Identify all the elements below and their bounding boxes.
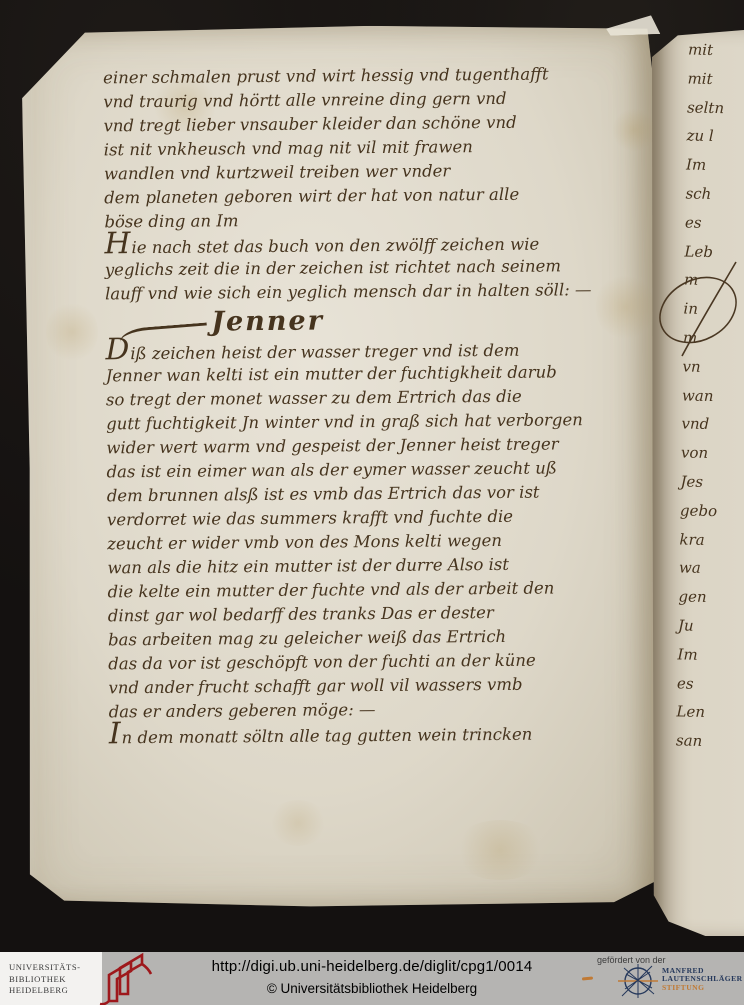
manuscript-heading: Jenner [105,302,650,341]
funding-org-line3: STIFTUNG [662,984,743,992]
facing-page-fragment: Jes [680,467,740,497]
manuscript-line: gutt fuchtigkeit Jn winter vnd in graß s… [106,408,651,437]
facing-page-fragment: zu l [686,122,744,152]
ink-flourish [652,256,744,360]
facing-page-fragment: Im [677,640,737,670]
facing-page-fragment: es [677,669,737,699]
facing-page-fragment: seltn [687,93,744,123]
facing-page-text: mitmitseltnzu lImschesLebminmvnwanvndvon… [676,36,744,757]
facing-page-fragment: kra [679,525,739,555]
facing-page-fragment: mit [688,36,744,66]
facing-page-fragment: vnd [681,410,741,440]
facing-page-fragment: wa [679,554,739,584]
facing-page-fragment: Im [686,151,744,181]
facing-page-fragment: Ju [678,611,738,641]
manuscript-text: einer schmalen prust vnd wirt hessig vnd… [103,62,654,749]
funding-org-name: MANFRED LAUTENSCHLÄGER STIFTUNG [662,967,743,992]
footer-bar: UNIVERSITÄTS- BIBLIOTHEK HEIDELBERG http… [0,952,744,1005]
facing-page-fragment: sch [685,179,744,209]
facing-page-fragment: mit [687,64,744,94]
facing-page-fragment: san [676,727,736,757]
manuscript-photo: einer schmalen prust vnd wirt hessig vnd… [0,0,744,952]
manuscript-line: In dem monatt söltn alle tag gutten wein… [109,720,654,749]
facing-page-fragment: wan [682,381,742,411]
funding-dash [582,976,593,980]
globe-icon [616,960,658,1004]
facing-page-fragment: gen [678,583,738,613]
facing-page-fragment: gebo [680,496,740,526]
facing-page-fragment: es [685,208,744,238]
facing-page-fragment: Len [676,698,736,728]
facing-page-fragment: von [681,439,741,469]
gutter-fold [606,15,661,36]
